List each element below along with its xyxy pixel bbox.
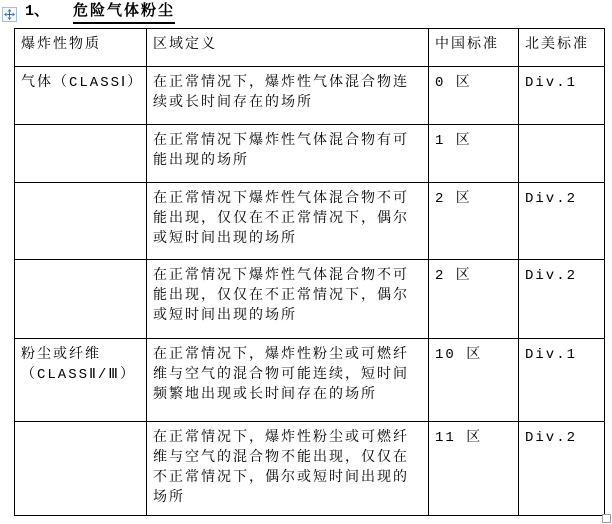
china-standard-cell: 2 区: [429, 183, 519, 260]
table-row: 在正常情况下，爆炸性粉尘或可燃纤维与空气的混合物不能出现，仅仅在不正常情况下，偶…: [15, 422, 605, 516]
china-standard-cell: 11 区: [429, 422, 519, 516]
col-header-china-standard: 中国标准: [429, 29, 519, 67]
table-row: 在正常情况下爆炸性气体混合物有可能出现的场所1 区: [15, 125, 605, 183]
hazard-zone-table: 爆炸性物质 区域定义 中国标准 北美标准 气体（CLASSⅠ）在正常情况下，爆炸…: [14, 28, 605, 516]
north-america-standard-cell: Div.1: [519, 339, 605, 422]
document-page: 1、危险气体粉尘 爆炸性物质 区域定义 中国标准 北美标准 气体（CLASSⅠ）…: [0, 0, 612, 524]
table-resize-handle[interactable]: [602, 514, 611, 523]
col-header-zone-definition: 区域定义: [147, 29, 429, 67]
north-america-standard-cell: Div.2: [519, 260, 605, 339]
north-america-standard-cell: Div.1: [519, 67, 605, 125]
china-standard-cell: 1 区: [429, 125, 519, 183]
table-row: 在正常情况下爆炸性气体混合物不可能出现，仅仅在不正常情况下，偶尔或短时间出现的场…: [15, 183, 605, 260]
col-header-explosive-substance: 爆炸性物质: [15, 29, 147, 67]
substance-cell: [15, 260, 147, 339]
north-america-standard-cell: [519, 125, 605, 183]
substance-cell: 粉尘或纤维（CLASSⅡ/Ⅲ）: [15, 339, 147, 422]
china-standard-cell: 2 区: [429, 260, 519, 339]
china-standard-cell: 0 区: [429, 67, 519, 125]
page-title: 1、危险气体粉尘: [25, 2, 175, 24]
zone-definition-cell: 在正常情况下，爆炸性气体混合物连续或长时间存在的场所: [147, 67, 429, 125]
substance-line: 气体（CLASSⅠ）: [21, 73, 142, 93]
zone-definition-cell: 在正常情况下爆炸性气体混合物不可能出现，仅仅在不正常情况下，偶尔或短时间出现的场…: [147, 183, 429, 260]
zone-definition-cell: 在正常情况下爆炸性气体混合物不可能出现，仅仅在不正常情况下，偶尔或短时间出现的场…: [147, 260, 429, 339]
zone-definition-cell: 在正常情况下爆炸性气体混合物有可能出现的场所: [147, 125, 429, 183]
substance-cell: 气体（CLASSⅠ）: [15, 67, 147, 125]
substance-line: （CLASSⅡ/Ⅲ）: [21, 365, 142, 385]
zone-definition-cell: 在正常情况下，爆炸性粉尘或可燃纤维与空气的混合物可能连续，短时间频繁地出现或长时…: [147, 339, 429, 422]
table-header-row: 爆炸性物质 区域定义 中国标准 北美标准: [15, 29, 605, 67]
table-row: 气体（CLASSⅠ）在正常情况下，爆炸性气体混合物连续或长时间存在的场所0 区D…: [15, 67, 605, 125]
four-way-arrow-icon: [4, 9, 15, 20]
substance-cell: [15, 422, 147, 516]
table-row: 粉尘或纤维（CLASSⅡ/Ⅲ）在正常情况下，爆炸性粉尘或可燃纤维与空气的混合物可…: [15, 339, 605, 422]
substance-cell: [15, 183, 147, 260]
china-standard-cell: 10 区: [429, 339, 519, 422]
table-move-handle-icon[interactable]: [2, 7, 17, 22]
col-header-north-america-standard: 北美标准: [519, 29, 605, 67]
north-america-standard-cell: Div.2: [519, 422, 605, 516]
table-row: 在正常情况下爆炸性气体混合物不可能出现，仅仅在不正常情况下，偶尔或短时间出现的场…: [15, 260, 605, 339]
page-title-text: 危险气体粉尘: [73, 2, 175, 24]
substance-line: 粉尘或纤维: [21, 345, 142, 365]
zone-definition-cell: 在正常情况下，爆炸性粉尘或可燃纤维与空气的混合物不能出现，仅仅在不正常情况下，偶…: [147, 422, 429, 516]
north-america-standard-cell: Div.2: [519, 183, 605, 260]
page-title-number: 1、: [25, 2, 49, 22]
substance-cell: [15, 125, 147, 183]
